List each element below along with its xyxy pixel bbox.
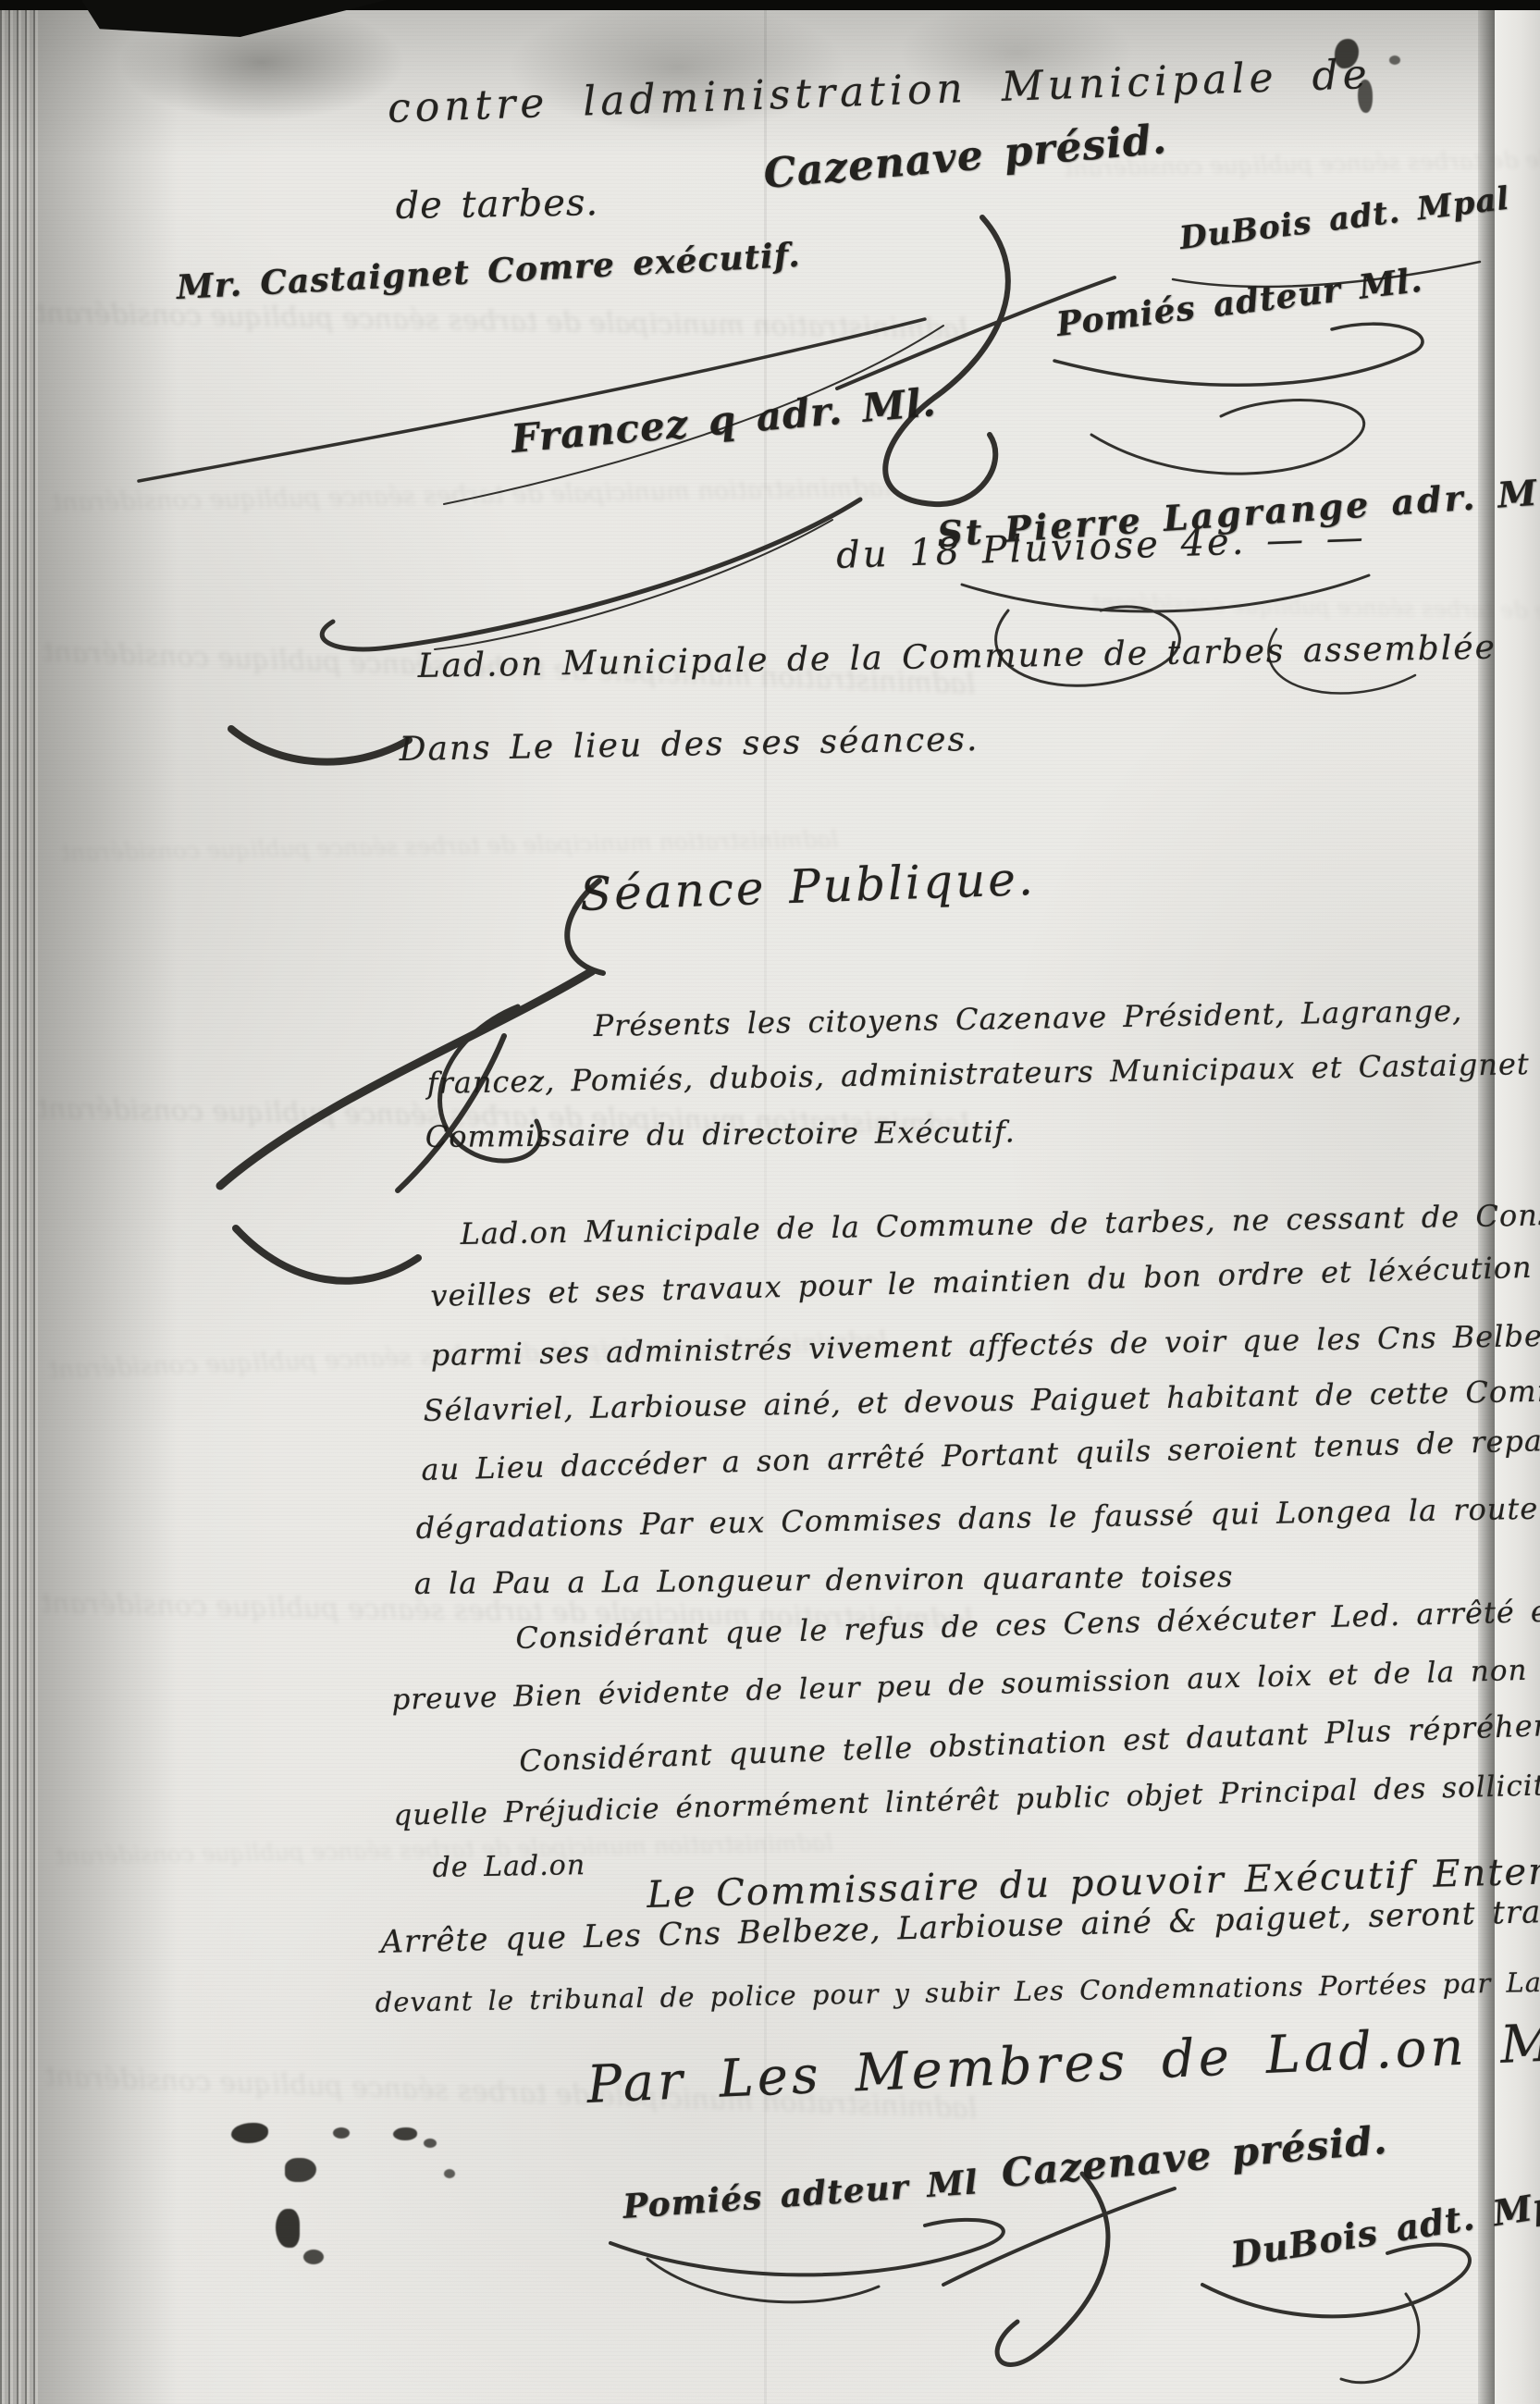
flourish-pomies2-loop (610, 2220, 1004, 2275)
deliberation-line: a la Pau a La Longueur denviron quarante… (414, 1559, 1234, 1601)
deliberation-line: Sélavriel, Larbiouse ainé, et devous Pai… (423, 1372, 1540, 1428)
deliberation-line: au Lieu daccéder a son arrêté Portant qu… (421, 1420, 1540, 1487)
carryover-line: contre ladministration Municipale de (387, 51, 1372, 132)
flourish-pomies2-loop-2 (647, 2259, 879, 2302)
flourish-dubois2-descender (1341, 2294, 1419, 2383)
attendance-line: Présents les citoyens Cazenave Président… (593, 993, 1462, 1043)
corner-dark-wedge (81, 0, 387, 37)
footer-signature-cazenave: Cazenave présid. (1000, 2117, 1389, 2196)
deliberation-line: parmi ses administrés vivement affectés … (430, 1317, 1540, 1373)
closing-line: Par Les Membres de Lad.on Mle (585, 2011, 1540, 2115)
opening-line: Lad.on Municipale de la Commune de tarbe… (417, 629, 1497, 685)
manuscript-page: ladministration municipale de tarbes séa… (0, 0, 1540, 2404)
ink-blot (285, 2158, 316, 2182)
gutter-shadow (39, 0, 178, 2404)
ink-blot (444, 2169, 455, 2178)
signature-pomies: Pomiés adteur Ml. (1054, 261, 1425, 344)
fold-line (764, 0, 767, 2404)
deliberation-line: Lad.on Municipale de la Commune de tarbe… (460, 1195, 1540, 1251)
signature-cazenave: Cazenave présid. (762, 116, 1169, 198)
attendance-line: francez, Pomiés, dubois, administrateurs… (426, 1046, 1530, 1101)
bleedthrough-text: ladministration municipale de tarbes séa… (35, 297, 968, 346)
ink-blot (303, 2250, 324, 2264)
carryover-line: de tarbes. (395, 181, 598, 228)
flourish-cazenave2-cross (943, 2188, 1175, 2285)
flourish-opening-L (231, 729, 409, 762)
signature-castaignet: Mr. Castaignet Comre exécutif. (176, 236, 802, 307)
flourish-cazenave-paraphe (885, 217, 1008, 504)
signature-francez: Francez q adr. Ml. (510, 379, 938, 462)
ink-blot (424, 2139, 437, 2148)
deliberation-line: dégradations Par eux Commises dans le fa… (415, 1488, 1540, 1546)
ink-blot (276, 2209, 300, 2248)
flourish-deliberation-L (236, 1228, 418, 1281)
bleedthrough-text: ladministration municipale de tarbes séa… (52, 474, 892, 517)
book-binding-edge (0, 0, 39, 2404)
flourish-lagrange-underline (962, 575, 1369, 611)
considerant-line: Considérant quune telle obstination est … (519, 1705, 1540, 1779)
considerant-line: de Lad.on (432, 1849, 585, 1884)
flourish-cazenave2-tail (997, 2174, 1108, 2364)
considerant-line: preuve Bien évidente de leur peu de soum… (391, 1649, 1540, 1717)
session-heading: Séance Publique. (579, 852, 1037, 921)
date-line: du 18 Pluviose 4e. — — (835, 516, 1366, 577)
ink-blot (393, 2127, 417, 2140)
opening-line: Dans Le lieu des ses séances. (399, 721, 979, 769)
flourish-pomies-oval (1091, 401, 1364, 475)
ink-blot (333, 2127, 350, 2139)
ink-smudge (1358, 80, 1373, 113)
signature-dubois: DuBois adt. Mpal (1177, 180, 1511, 257)
flourish-francez-tail (322, 499, 860, 649)
footer-signature-dubois: DuBois adt. Mpal (1228, 2176, 1540, 2275)
attendance-line: Commissaire du directoire Exécutif. (425, 1114, 1016, 1154)
ink-blot (231, 2123, 268, 2143)
arrete-line: devant le tribunal de police pour y subi… (375, 1966, 1540, 2018)
deliberation-line: veilles et ses travaux pour le maintien … (430, 1245, 1540, 1313)
ink-smudge (1389, 55, 1400, 65)
bleedthrough-text: ladministration municipale de tarbes séa… (61, 826, 839, 867)
flourish-presents-L-2 (398, 1036, 504, 1190)
scan-dark-strip (0, 0, 1540, 10)
considerant-line: Considérant que le refus de ces Cens déx… (515, 1591, 1540, 1656)
flourish-francez-tail-2 (435, 520, 832, 649)
footer-signature-pomies: Pomiés adteur Ml (622, 2163, 979, 2226)
bleedthrough-text: ladministration municipale de tarbes séa… (1091, 590, 1540, 629)
